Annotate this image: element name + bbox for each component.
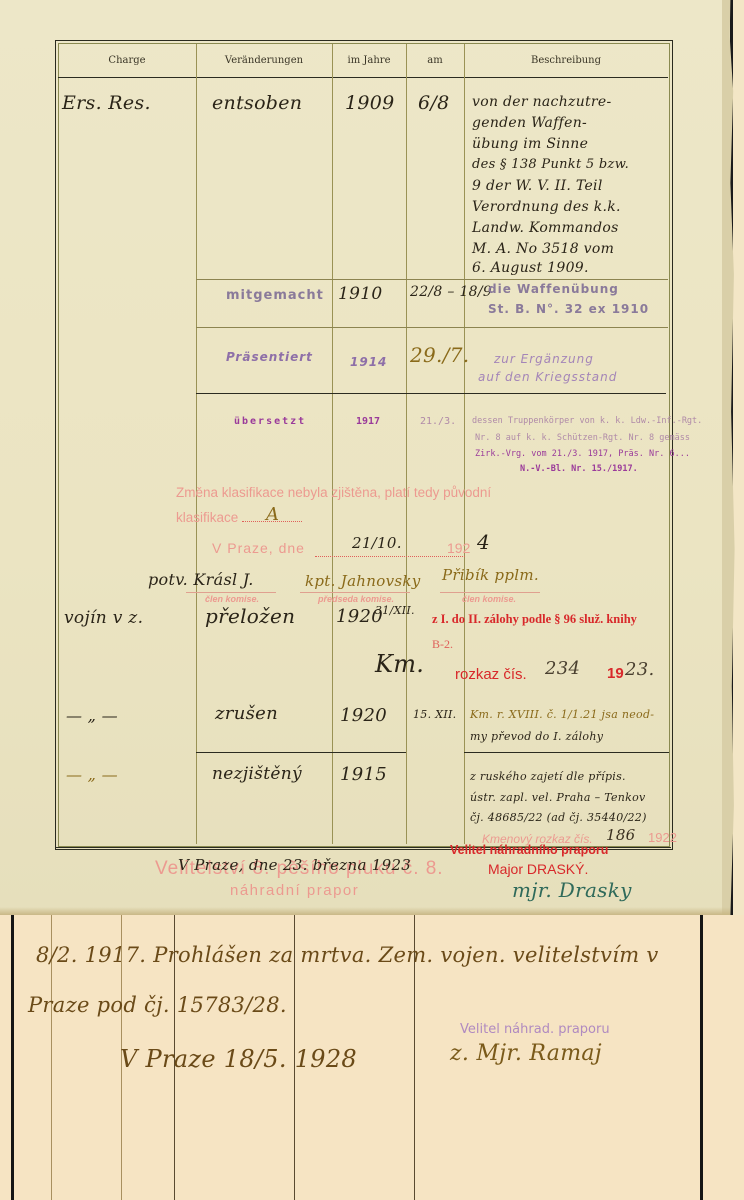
row4-description-line2: Nr. 8 auf k. k. Schützen-Rgt. Nr. 8 gemä… (475, 433, 690, 443)
classification-place-label: V Praze, dne (212, 540, 305, 556)
row-divider (196, 279, 668, 280)
lower-entry-line1: 8/2. 1917. Prohlášen za mrtva. Zem. voje… (36, 943, 659, 967)
torn-edge (722, 0, 736, 915)
row2-change-stamp: mitgemacht (226, 288, 324, 303)
classification-year-suffix: 4 (477, 530, 490, 554)
lower-commander-signature: z. Mjr. Ramaj (450, 1041, 602, 1066)
classification-label: klasifikace (176, 510, 302, 525)
row4-description-line4: N.-V.-Bl. Nr. 15./1917. (520, 464, 638, 474)
row5-order-year-prefix: 19 (607, 665, 624, 682)
row4-description-line1: dessen Truppenkörper von k. k. Ldw.-Inf.… (472, 416, 702, 426)
signature-label-chairman: předseda komise. (318, 594, 394, 604)
signature-label-member1: člen komise. (205, 594, 259, 604)
lower-table-border-right (700, 915, 703, 1200)
row7-charge: — „ — (66, 765, 118, 784)
signature-member2: Přibík pplm. (442, 566, 539, 584)
kmenovy-rozkaz-year: 1922 (648, 830, 677, 845)
row2-description-line2: St. B. N°. 32 ex 1910 (488, 302, 649, 316)
unit-stamp-line2: náhradní prapor (230, 882, 359, 899)
row7-description-line2: ústr. zapl. vel. Praha – Tenkov (470, 791, 646, 804)
row4-description-line3: Zirk.-Vrg. vom 21./3. 1917, Präs. Nr. 6.… (475, 449, 690, 459)
row5-order-label: rozkaz čís. (455, 666, 527, 683)
row4-year: 1917 (356, 416, 380, 427)
row7-change: nezjištěný (212, 764, 302, 784)
upper-record-sheet: Charge Veränderungen im Jahre am Beschre… (0, 0, 733, 915)
row5-order-prefix: Km. (375, 650, 424, 678)
row3-change-stamp: Präsentiert (226, 350, 313, 364)
column-line (332, 44, 333, 844)
row1-year: 1909 (345, 92, 395, 114)
row-divider (196, 327, 668, 328)
row-divider (196, 393, 666, 394)
row5-date: 31/XII. (375, 604, 415, 617)
commander-signature: mjr. Drasky (512, 878, 632, 902)
row6-year: 1920 (340, 705, 387, 726)
row7-year: 1915 (340, 764, 387, 785)
row7-description-line1: z ruského zajetí dle přípis. (470, 770, 626, 783)
signature-label-member2: člen komise. (462, 594, 516, 604)
row5-stamp-text: z I. do II. zálohy podle § 96 služ. knih… (432, 612, 637, 627)
signature-line (300, 592, 410, 593)
row6-charge: — „ — (66, 706, 118, 725)
classification-year-prefix: 192 (447, 540, 470, 556)
lower-commander-stamp: Velitel náhrad. praporu (460, 1022, 610, 1037)
lower-table-border-left (11, 915, 14, 1200)
row1-change: entsoben (212, 92, 302, 114)
row6-change: zrušen (215, 703, 278, 724)
classification-date: 21/10. (352, 534, 402, 552)
header-charge: Charge (58, 46, 196, 76)
commander-stamp-name: Major DRASKÝ. (488, 861, 588, 877)
row6-date: 15. XII. (413, 708, 456, 721)
signature-chairman: kpt. Jahnovsky (305, 572, 421, 590)
header-beschreibung: Beschreibung (464, 46, 668, 76)
signature-line (186, 592, 276, 593)
row4-change-stamp: übersetzt (234, 416, 306, 427)
footer-place-date: V Praze, dne 23. března 1923 (178, 856, 411, 874)
row1-charge: Ers. Res. (62, 92, 151, 114)
kmenovy-rozkaz-number: 186 (606, 826, 636, 844)
header-veraenderungen: Veränderungen (196, 46, 332, 76)
row5-change: přeložen (205, 604, 295, 628)
header-am: am (406, 46, 464, 76)
header-im-jahre: im Jahre (332, 46, 406, 76)
row3-year: 1914 (350, 355, 387, 369)
lower-record-sheet: 8/2. 1917. Prohlášen za mrtva. Zem. voje… (0, 915, 744, 1200)
row6-description-line1: Km. r. XVIII. č. 1/1.21 jsa neod- (470, 708, 654, 721)
column-line (464, 44, 465, 844)
row-divider (464, 752, 669, 753)
row5-stamp-sub: B-2. (432, 637, 453, 652)
lower-place-date: V Praze 18/5. 1928 (120, 1045, 357, 1073)
signature-member1: potv. Krásl J. (148, 570, 254, 589)
signature-line (440, 592, 540, 593)
row6-description-line2: my převod do I. zálohy (470, 730, 603, 743)
row-divider (196, 752, 406, 753)
row2-description-line1: die Waffenübung (488, 282, 619, 296)
row2-year: 1910 (338, 284, 382, 304)
lower-entry-line2: Praze pod čj. 15783/28. (28, 993, 287, 1017)
row5-order-year: 23. (625, 659, 655, 680)
row5-charge: vojín v z. (64, 608, 143, 628)
commander-stamp-title: Velitel náhradního praporu (450, 843, 608, 857)
row3-description-line1: zur Ergänzung (494, 352, 594, 366)
row2-date: 22/8 – 18/9 (410, 284, 492, 300)
column-line (196, 44, 197, 844)
row7-description-line3: čj. 48685/22 (ad čj. 35440/22) (470, 811, 647, 824)
row3-description-line2: auf den Kriegsstand (478, 370, 617, 384)
row1-date: 6/8 (418, 92, 449, 114)
row4-date: 21./3. (420, 416, 456, 427)
classification-stamp-line1: Změna klasifikace nebyla zjištěna, platí… (176, 485, 491, 500)
row5-order-number: 234 (545, 658, 580, 679)
sheet-fold-edge (0, 907, 730, 915)
column-line (406, 44, 407, 844)
row3-date: 29./7. (410, 343, 469, 367)
classification-value: A (266, 504, 279, 525)
header-divider (58, 77, 668, 78)
